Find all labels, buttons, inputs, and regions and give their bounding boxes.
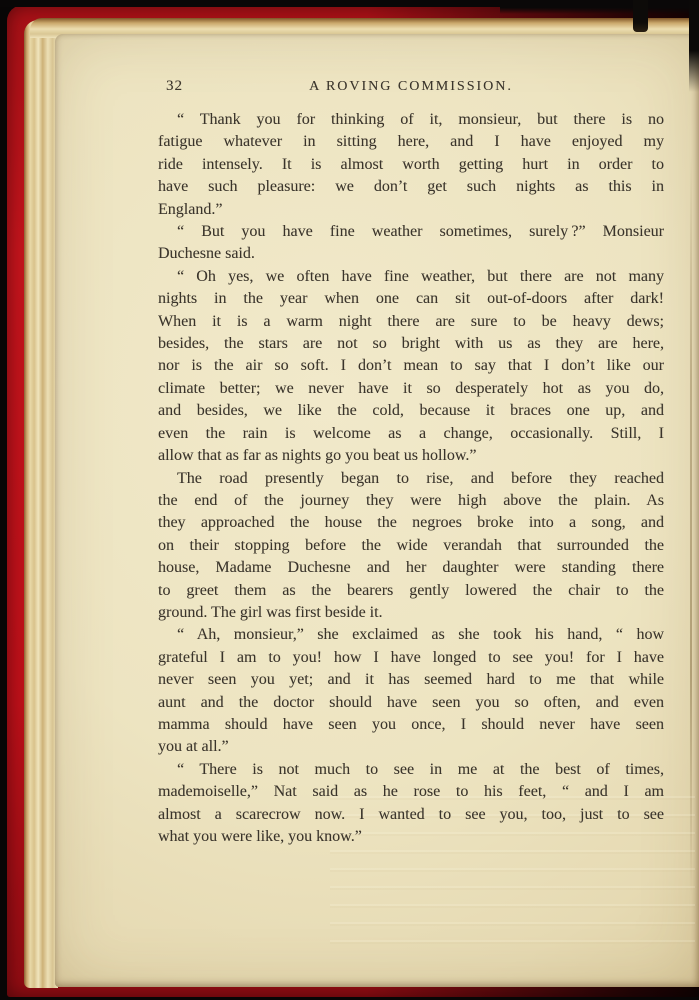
photo-background-top-right (500, 0, 699, 14)
text-line: nights in the year when one can sit out-… (158, 288, 664, 310)
text-line: house, Madame Duchesne and her daughter … (158, 557, 664, 579)
page-number: 32 (166, 78, 183, 95)
text-line: they approached the house the negroes br… (158, 512, 664, 534)
paragraph: “ There is not much to see in me at the … (158, 759, 664, 849)
page-stack-left-edge (24, 20, 58, 988)
text-line: “ Thank you for thinking of it, monsieur… (158, 109, 664, 131)
text-block: “ Thank you for thinking of it, monsieur… (158, 109, 664, 848)
text-line: grateful I am to you! how I have longed … (158, 647, 664, 669)
text-line: have such pleasure: we don’t get such ni… (158, 176, 664, 198)
page-header: 32 A ROVING COMMISSION. (158, 77, 664, 97)
text-line: you at all.” (158, 736, 664, 758)
text-line: and besides, we like the cold, because i… (158, 400, 664, 422)
text-line: on their stopping before the wide verand… (158, 535, 664, 557)
text-line: fatigue whatever in sitting here, and I … (158, 131, 664, 153)
photo-background-corner-right (689, 0, 699, 92)
paragraph: “ But you have fine weather sometimes, s… (158, 221, 664, 266)
paragraph: The road presently began to rise, and be… (158, 468, 664, 625)
text-line: ride intensely. It is almost worth getti… (158, 154, 664, 176)
text-line: allow that as far as nights go you beat … (158, 445, 664, 467)
paragraph: “ Ah, monsieur,” she exclaimed as she to… (158, 624, 664, 758)
text-line: When it is a warm night there are sure t… (158, 311, 664, 333)
paragraph: “ Oh yes, we often have fine weather, bu… (158, 266, 664, 468)
text-line: mademoiselle,” Nat said as he rose to hi… (158, 781, 664, 803)
text-line: “ But you have fine weather sometimes, s… (158, 221, 664, 243)
text-line: besides, the stars are not so bright wit… (158, 333, 664, 355)
paragraph: “ Thank you for thinking of it, monsieur… (158, 109, 664, 221)
text-line: “ Ah, monsieur,” she exclaimed as she to… (158, 624, 664, 646)
text-line: never seen you yet; and it has seemed ha… (158, 669, 664, 691)
text-line: what you were like, you know.” (158, 826, 664, 848)
running-title: A ROVING COMMISSION. (158, 77, 664, 95)
text-line: even the rain is welcome as a change, oc… (158, 423, 664, 445)
text-line: Duchesne said. (158, 243, 664, 265)
text-line: aunt and the doctor should have seen you… (158, 692, 664, 714)
bookmark-notch (633, 0, 648, 32)
text-line: England.” (158, 199, 664, 221)
text-line: climate better; we never have it so desp… (158, 378, 664, 400)
text-line: The road presently began to rise, and be… (158, 468, 664, 490)
text-line: nor is the air so soft. I don’t mean to … (158, 355, 664, 377)
text-line: to greet them as the bearers gently lowe… (158, 580, 664, 602)
text-line: “ There is not much to see in me at the … (158, 759, 664, 781)
text-line: “ Oh yes, we often have fine weather, bu… (158, 266, 664, 288)
photographed-book-page: 32 A ROVING COMMISSION. “ Thank you for … (0, 0, 699, 1000)
text-line: the end of the journey they were high ab… (158, 490, 664, 512)
text-line: almost a scarecrow now. I wanted to see … (158, 804, 664, 826)
text-line: mamma should have seen you once, I shoul… (158, 714, 664, 736)
text-line: ground. The girl was first beside it. (158, 602, 664, 624)
